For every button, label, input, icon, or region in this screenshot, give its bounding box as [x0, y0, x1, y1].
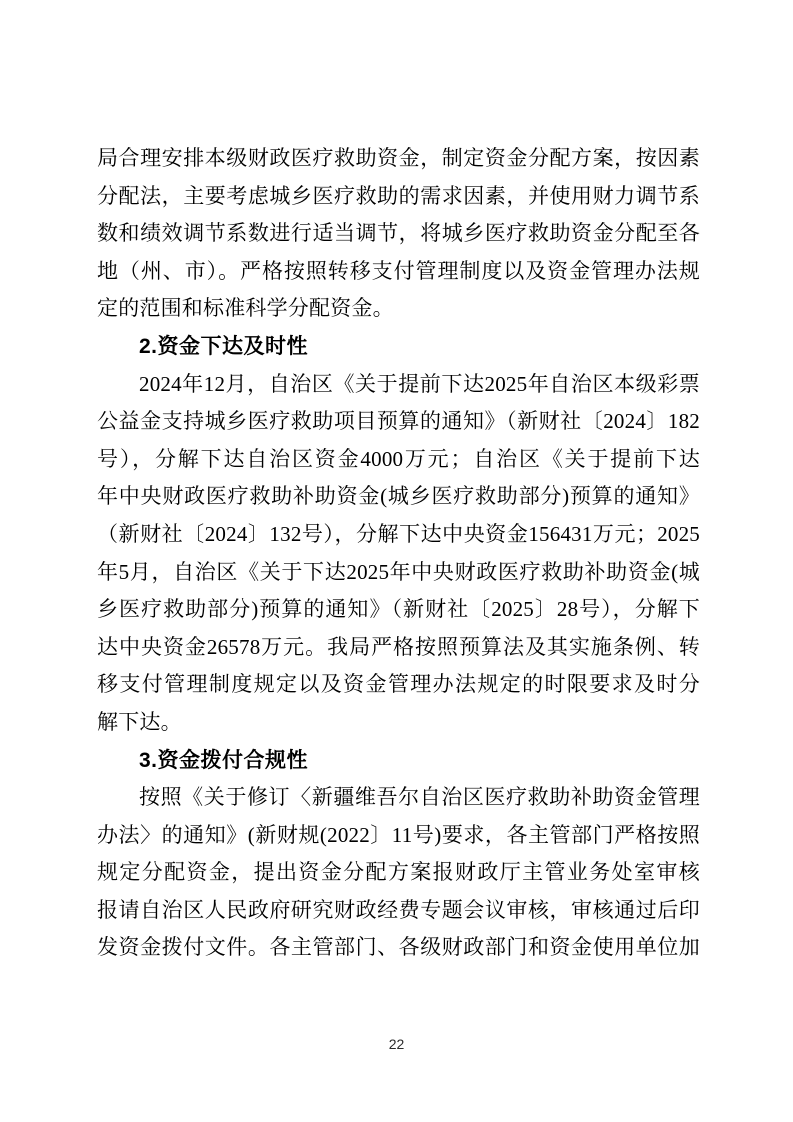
text-line: 解下达。 [97, 704, 700, 742]
section-heading-3: 3.资金拨付合规性 [97, 742, 700, 780]
text-line: 按照《关于修订〈新疆维吾尔自治区医疗救助补助资金管理 [97, 779, 700, 817]
text-line: 报请自治区人民政府研究财政经费专题会议审核，审核通过后印 [97, 892, 700, 930]
document-body: 局合理安排本级财政医疗救助资金，制定资金分配方案，按因素 分配法，主要考虑城乡医… [97, 140, 700, 967]
text-line: 办法〉的通知》(新财规(2022〕11号)要求，各主管部门严格按照 [97, 817, 700, 855]
text-line: 移支付管理制度规定以及资金管理办法规定的时限要求及时分 [97, 666, 700, 704]
text-line: 2024年12月，自治区《关于提前下达2025年自治区本级彩票 [97, 366, 700, 404]
text-line: 发资金拨付文件。各主管部门、各级财政部门和资金使用单位加 [97, 929, 700, 967]
text-line: 数和绩效调节系数进行适当调节，将城乡医疗救助资金分配至各 [97, 215, 700, 253]
text-line: 年5月，自治区《关于下达2025年中央财政医疗救助补助资金(城 [97, 554, 700, 592]
text-line: 达中央资金26578万元。我局严格按照预算法及其实施条例、转 [97, 629, 700, 667]
section-heading-2: 2.资金下达及时性 [97, 328, 700, 366]
text-line: 乡医疗救助部分)预算的通知》（新财社〔2025〕28号），分解下 [97, 591, 700, 629]
page-number: 22 [0, 1036, 793, 1052]
text-line: 局合理安排本级财政医疗救助资金，制定资金分配方案，按因素 [97, 140, 700, 178]
text-line: 规定分配资金，提出资金分配方案报财政厅主管业务处室审核后， [97, 854, 700, 892]
text-line: 公益金支持城乡医疗救助项目预算的通知》（新财社〔2024〕182 [97, 403, 700, 441]
document-page: 局合理安排本级财政医疗救助资金，制定资金分配方案，按因素 分配法，主要考虑城乡医… [0, 0, 793, 1122]
text-line: 分配法，主要考虑城乡医疗救助的需求因素，并使用财力调节系 [97, 178, 700, 216]
text-line: 定的范围和标准科学分配资金。 [97, 290, 700, 328]
text-line: 号），分解下达自治区资金4000万元；自治区《关于提前下达2025 [97, 441, 700, 479]
text-line: 地（州、市）。严格按照转移支付管理制度以及资金管理办法规 [97, 253, 700, 291]
text-line: 年中央财政医疗救助补助资金(城乡医疗救助部分)预算的通知》 [97, 478, 700, 516]
text-line: （新财社〔2024〕132号），分解下达中央资金156431万元；2025 [97, 516, 700, 554]
